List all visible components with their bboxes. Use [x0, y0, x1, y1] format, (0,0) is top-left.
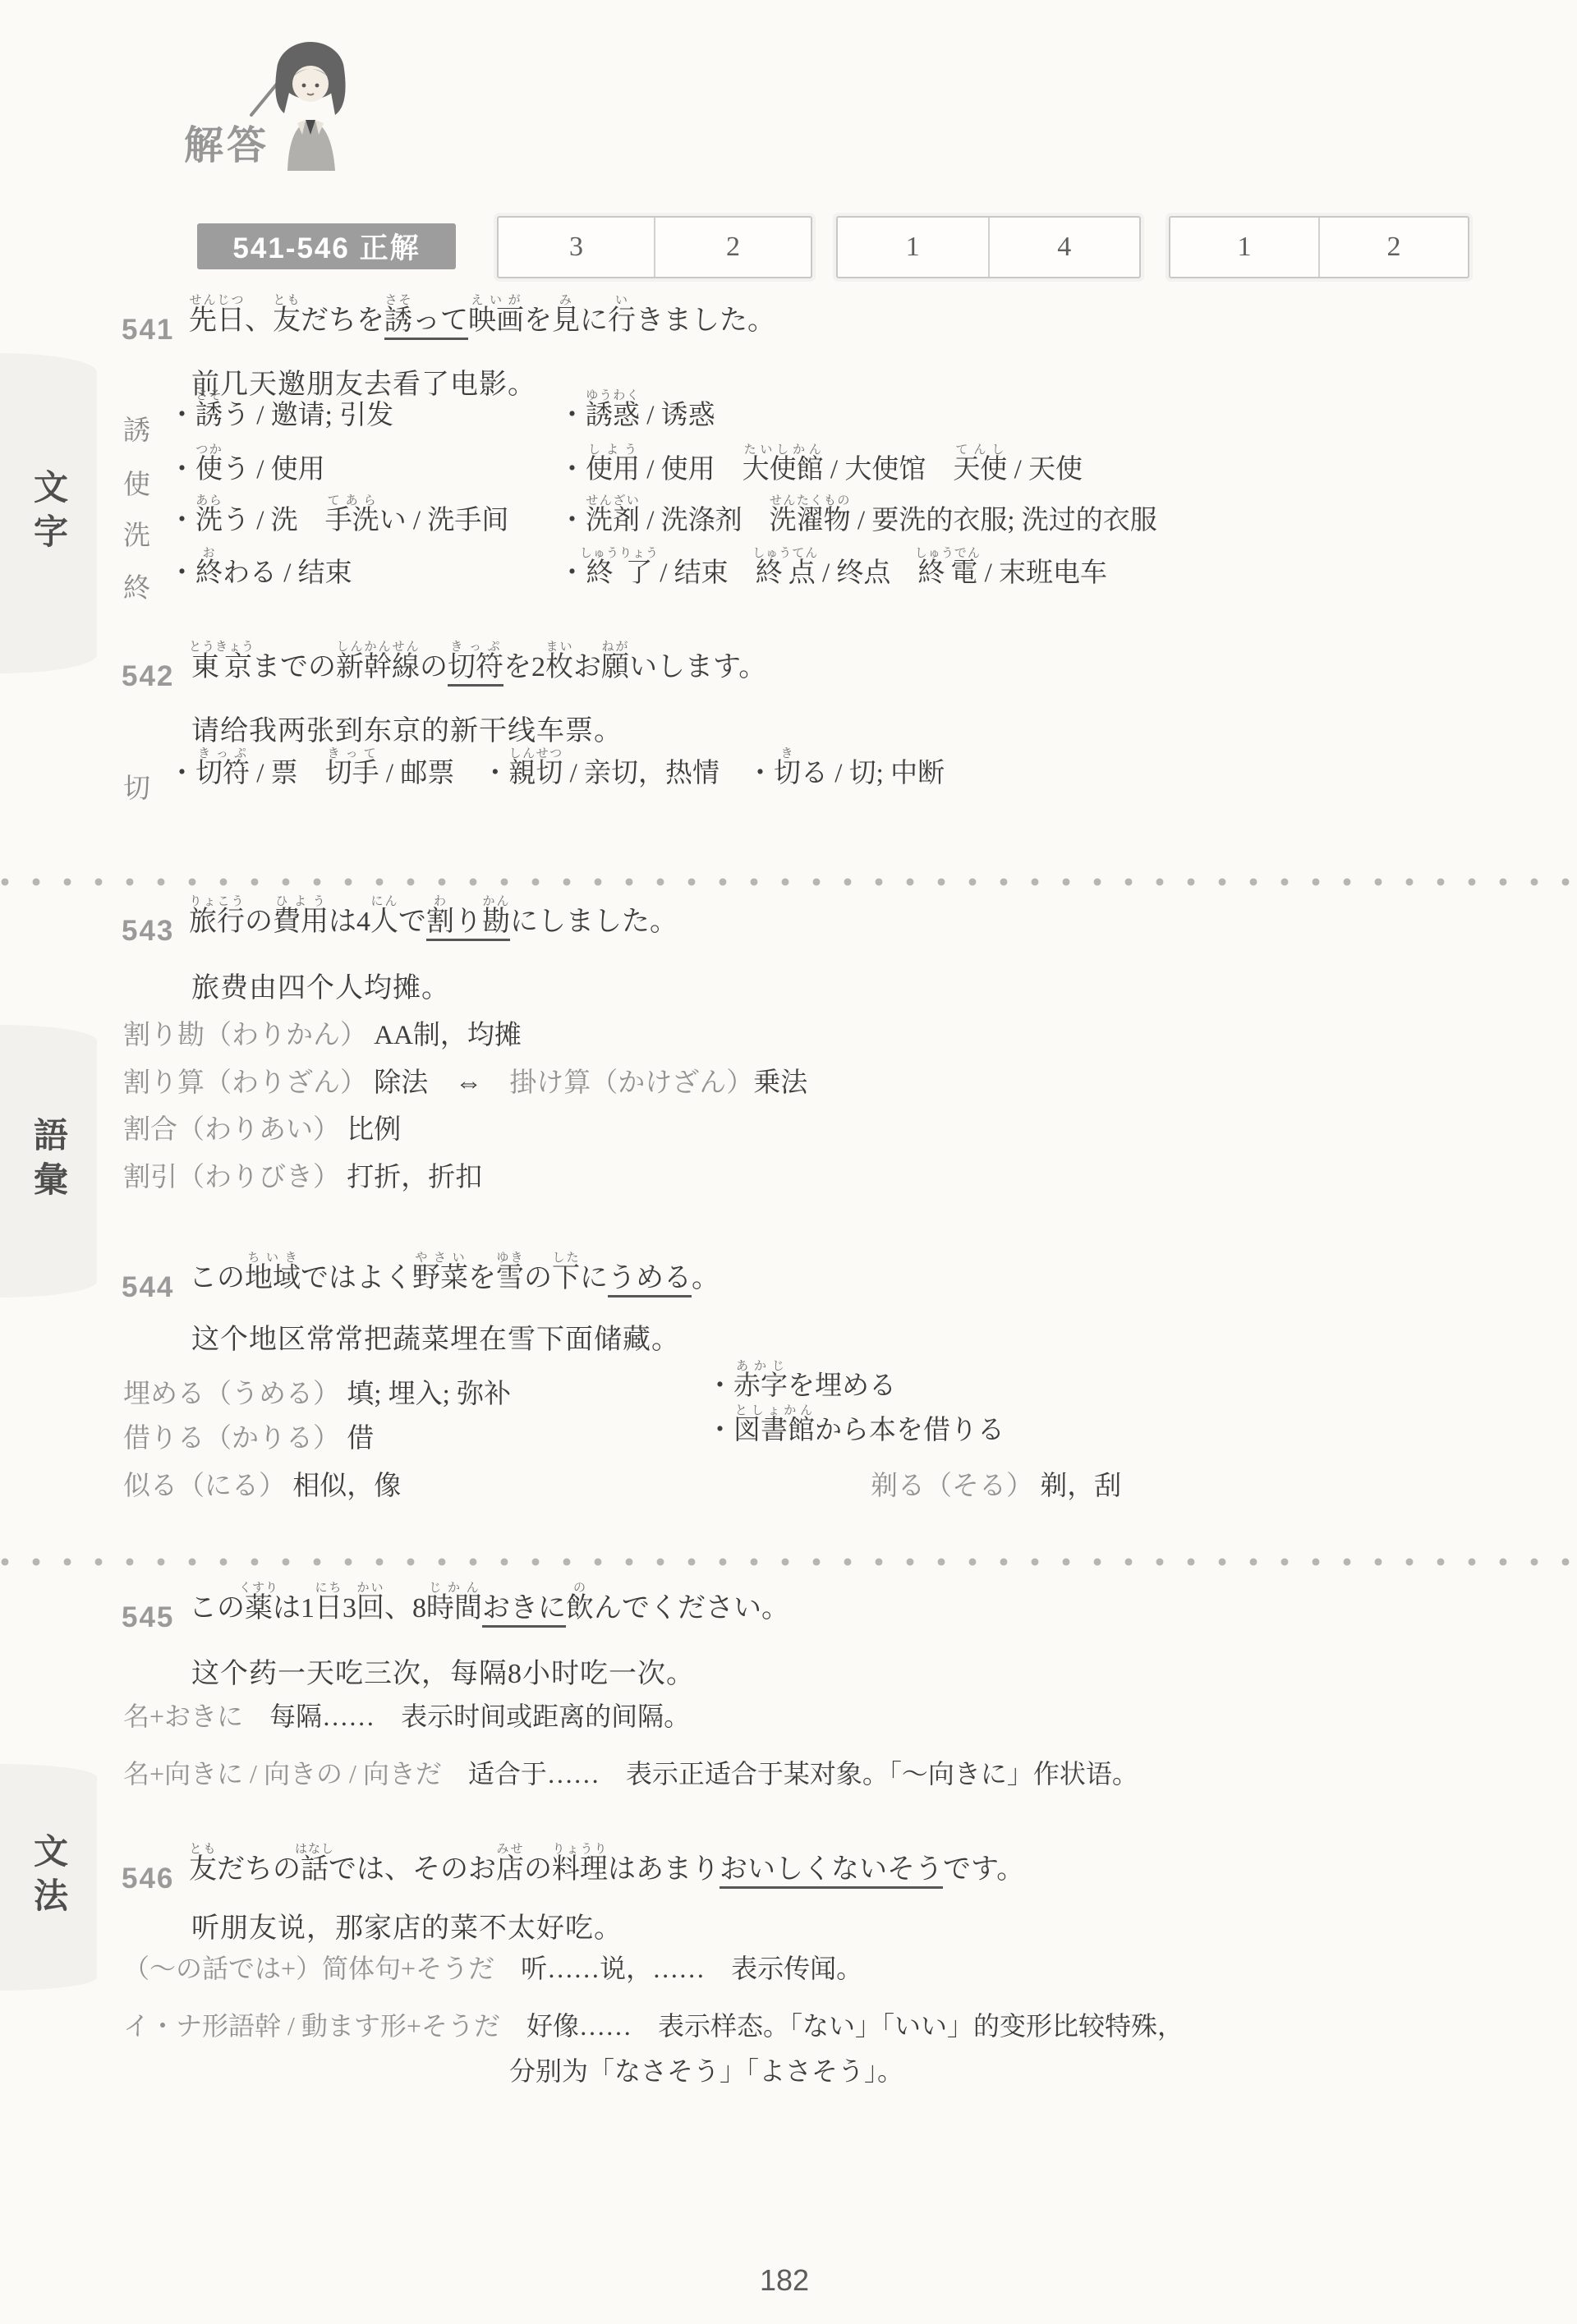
sidebar-tab-goi: 語彙 — [0, 1025, 97, 1297]
answer-544: 4 — [988, 218, 1140, 277]
q546-grammar2-continued: 分别为「なさそう」「よさそう」。 — [509, 2057, 903, 2086]
answer-546: 2 — [1318, 218, 1468, 277]
q543-sentence: 旅行りょこうの費用ひようは4人にんで割わり勘かんにしました。 — [189, 895, 678, 937]
sidebar-tab-bunpo-label: 文法 — [24, 1833, 73, 1922]
section-divider-1 — [0, 877, 1577, 887]
q541-row4-kanji: 終 — [123, 567, 150, 605]
sidebar-tab-moji-label: 文字 — [24, 469, 73, 558]
answer-543: 1 — [838, 218, 988, 277]
q544-row2-col1: 借りる（かりる） 借 — [123, 1424, 374, 1454]
q541-number: 541 — [122, 314, 174, 347]
q543-number: 543 — [122, 915, 174, 948]
q543-line1: 割り勘（わりかん） AA制，均摊 — [123, 1021, 522, 1050]
q544-row3-col2: 剃る（そる） 剃，刮 — [871, 1472, 1121, 1501]
q546-number: 546 — [122, 1862, 174, 1895]
answer-545: 1 — [1170, 218, 1318, 277]
q544-sentence: この地域ちいきではよく野菜やさいを雪ゆきの下したにうめる。 — [189, 1252, 720, 1293]
teacher-illustration — [237, 31, 360, 172]
q541-row1-col2: ・誘惑ゆうわく / 诱惑 — [559, 389, 715, 430]
q541-sentence: 先日せんじつ、友ともだちを誘さそって映画えいがを見みに行いきました。 — [189, 294, 775, 336]
q544-row1-col2: ・赤字あかじを埋める — [706, 1360, 896, 1401]
q545-translation: 这个药一天吃三次，每隔8小时吃一次。 — [191, 1651, 695, 1691]
answer-box-1: 3 2 — [497, 216, 812, 278]
sidebar-tab-moji: 文字 — [0, 353, 97, 673]
answer-542: 2 — [654, 218, 811, 277]
answer-range-badge: 541-546 正解 — [197, 223, 456, 269]
q541-row2-col1: ・使つかう / 使用 — [168, 443, 325, 485]
q543-line4: 割引（わりびき） 打折，折扣 — [123, 1163, 482, 1192]
q546-grammar1: （～の話では+）简体句+そうだ 听……说，…… 表示传闻。 — [123, 1954, 862, 1983]
q541-row2-col2: ・使用しよう / 使用 大使館たいしかん / 大使馆 天使てんし / 天使 — [559, 443, 1083, 485]
q542-row-kanji: 切 — [123, 767, 150, 806]
page-number: 182 — [760, 2263, 809, 2298]
q545-grammar1: 名+おきに 每隔…… 表示时间或距离的间隔。 — [123, 1702, 690, 1731]
q541-row4-col2: ・終了しゅうりょう / 结束 終点しゅうてん / 终点 終電しゅうでん / 末班… — [559, 547, 1107, 588]
q543-line2: 割り算（わりざん） 除法 ⇔ 掛け算（かけざん）乗法 — [123, 1068, 807, 1098]
q542-row-parts: ・切符きっぷ / 票 切手きって / 邮票 ・親切しんせつ / 亲切，热情 ・切… — [168, 747, 945, 788]
q541-row3-col1: ・洗あらう / 洗 手洗てあらい / 洗手间 — [168, 494, 508, 535]
q543-translation: 旅费由四个人均摊。 — [191, 965, 450, 1005]
q542-number: 542 — [122, 660, 174, 693]
q541-row1-kanji: 誘 — [123, 409, 150, 448]
sidebar-tab-bunpo: 文法 — [0, 1764, 97, 1991]
q545-sentence: この薬くすりは1日にち3回かい、8時間じかんおきに飲のんでください。 — [189, 1582, 789, 1624]
answer-541: 3 — [499, 218, 654, 277]
q544-number: 544 — [122, 1271, 174, 1304]
q542-sentence: 東京とうきょうまでの新幹線しんかんせんの切符きっぷを2枚まいお願ねがいします。 — [189, 641, 766, 682]
q544-row1-col1: 埋める（うめる） 填; 埋入; 弥补 — [123, 1380, 511, 1409]
q545-number: 545 — [122, 1601, 174, 1634]
q546-sentence: 友ともだちの話はなしでは、そのお店みせの料理りょうりはあまりおいしくないそうです… — [189, 1843, 1024, 1885]
q544-row2-col2: ・図書館としょかんから本を借りる — [706, 1404, 1005, 1445]
q541-row3-col2: ・洗剤せんざい / 洗涤剂 洗濯物せんたくもの / 要洗的衣服; 洗过的衣服 — [559, 494, 1157, 535]
q541-row1-col1: ・誘さそう / 邀请; 引发 — [168, 389, 393, 430]
q541-row4-col1: ・終おわる / 结束 — [168, 547, 352, 588]
q545-grammar2: 名+向きに / 向きの / 向きだ 适合于…… 表示正适合于某对象。「～向きに」… — [123, 1760, 1138, 1789]
q541-row3-kanji: 洗 — [123, 514, 150, 553]
q544-row3-col1: 似る（にる） 相似，像 — [123, 1472, 401, 1501]
q541-row2-kanji: 使 — [123, 463, 150, 502]
answer-box-3: 1 2 — [1169, 216, 1469, 278]
answer-box-2: 1 4 — [836, 216, 1141, 278]
q546-grammar2: イ・ナ形語幹 / 動ます形+そうだ 好像…… 表示样态。「ない」「いい」的变形比… — [123, 2012, 1184, 2041]
q546-translation: 听朋友说，那家店的菜不太好吃。 — [191, 1905, 623, 1945]
q543-line3: 割合（わりあい） 比例 — [123, 1115, 401, 1145]
sidebar-tab-goi-label: 語彙 — [24, 1117, 73, 1206]
q544-translation: 这个地区常常把蔬菜埋在雪下面储藏。 — [191, 1316, 680, 1357]
section-divider-2 — [0, 1557, 1577, 1567]
q542-translation: 请给我两张到东京的新干线车票。 — [191, 708, 623, 748]
